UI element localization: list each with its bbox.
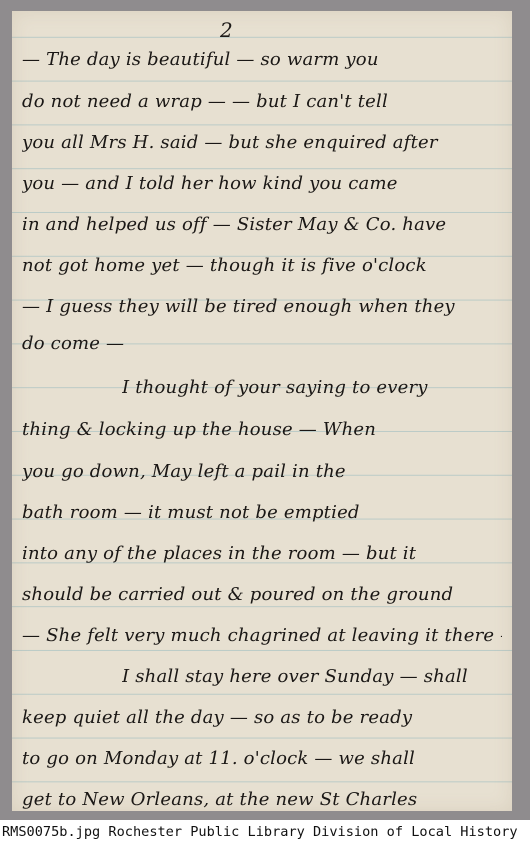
- letter-line: should be carried out & poured on the gr…: [22, 584, 502, 618]
- letter-line: not got home yet — though it is five o'c…: [22, 255, 502, 289]
- letter-line: I thought of your saying to every: [122, 377, 502, 411]
- letter-line: — The day is beautiful — so warm you: [22, 49, 502, 83]
- letter-line: get to New Orleans, at the new St Charle…: [22, 789, 502, 823]
- letter-line: do come —: [22, 333, 502, 367]
- letter-line: in and helped us off — Sister May & Co. …: [22, 214, 502, 248]
- letter-line: you all Mrs H. said — but she enquired a…: [22, 132, 502, 166]
- letter-line: — She felt very much chagrined at leavin…: [22, 625, 502, 659]
- letter-line: to go on Monday at 11. o'clock — we shal…: [22, 748, 502, 782]
- letter-line: into any of the places in the room — but…: [22, 543, 502, 577]
- scanned-image-border: 2 — The day is beautiful — so warm you d…: [0, 0, 530, 820]
- letter-line: you go down, May left a pail in the: [22, 461, 502, 495]
- letter-line: keep quiet all the day — so as to be rea…: [22, 707, 502, 741]
- letter-line: you — and I told her how kind you came: [22, 173, 502, 207]
- letter-line: do not need a wrap — — but I can't tell: [22, 91, 502, 125]
- image-caption: RMS0075b.jpg Rochester Public Library Di…: [2, 821, 530, 843]
- letter-line: thing & locking up the house — When: [22, 419, 502, 453]
- letter-line: I shall stay here over Sunday — shall: [122, 666, 502, 700]
- letter-line: bath room — it must not be emptied: [22, 502, 502, 536]
- letter-page: 2 — The day is beautiful — so warm you d…: [12, 11, 512, 811]
- page-number: 2: [220, 18, 233, 42]
- letter-line: — I guess they will be tired enough when…: [22, 296, 502, 330]
